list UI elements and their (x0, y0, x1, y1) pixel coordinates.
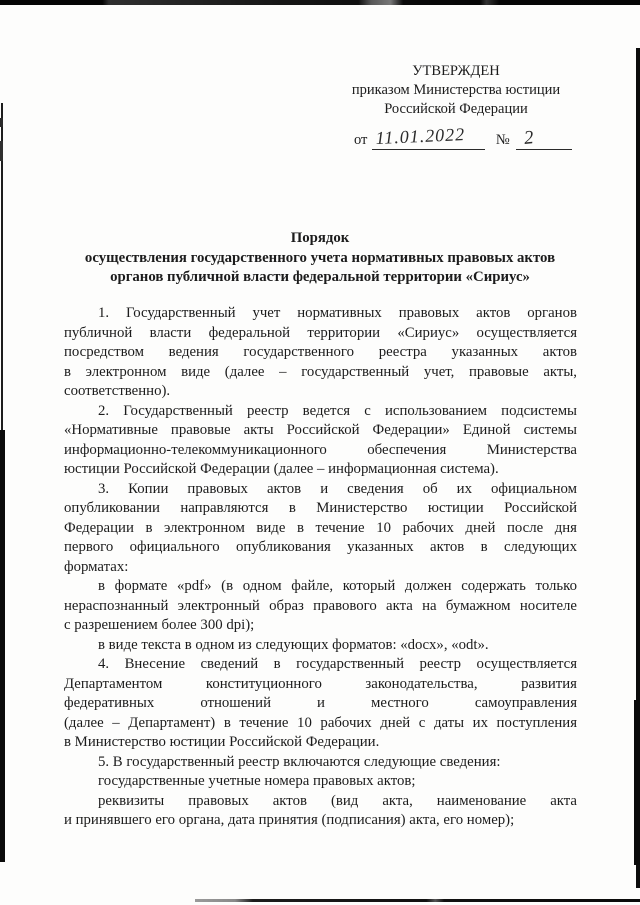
text-line: Департаментом конституционного законодат… (64, 675, 577, 695)
text-line: федеративных отношений и местного самоуп… (64, 694, 577, 714)
text-line: 2. Государственный реестр ведется с испо… (64, 402, 577, 422)
text-line: нераспознанный электронный образ правово… (64, 597, 577, 617)
scan-edge-top (0, 0, 640, 5)
text-line: реквизиты правовых актов (вид акта, наим… (64, 792, 577, 812)
title-line-1: Порядок (50, 229, 590, 249)
text-line: Федерации в электронном виде в течение 1… (64, 519, 577, 539)
text-line: форматах: (64, 558, 577, 578)
approval-line-approved: УТВЕРЖДЕН (340, 62, 572, 81)
number-underline: 2 (516, 124, 572, 150)
handwritten-date: 11.01.2022 (376, 125, 466, 148)
scan-artifact-tick (0, 118, 3, 127)
text-line: в формате «pdf» (в одном файле, который … (64, 577, 577, 597)
scan-artifact-tick (0, 141, 3, 161)
text-line: и принявшего его органа, дата принятия (… (64, 811, 577, 831)
text-line: посредством ведения государственного рее… (64, 343, 577, 363)
text-line: 4. Внесение сведений в государственный р… (64, 655, 577, 675)
title-line-2: осуществления государственного учета нор… (50, 249, 590, 269)
approval-line-federation: Российской Федерации (340, 100, 572, 119)
text-line: 3. Копии правовых актов и сведения об их… (64, 480, 577, 500)
text-line: первого официального опубликования указа… (64, 538, 577, 558)
text-line: (далее – Департамент) в течение 10 рабоч… (64, 714, 577, 734)
text-line: юстиции Российской Федерации (далее – ин… (64, 460, 577, 480)
title-line-3: органов публичной власти федеральной тер… (50, 268, 590, 288)
approval-date-row: от 11.01.2022 № 2 (340, 123, 572, 150)
scan-edge-right-lower (634, 700, 640, 865)
number-sign: № (496, 131, 510, 150)
approval-line-order: приказом Министерства юстиции (340, 81, 572, 100)
scanned-document-page: УТВЕРЖДЕН приказом Министерства юстиции … (0, 0, 640, 905)
text-line: «Нормативные правовые акты Российской Фе… (64, 421, 577, 441)
text-line: 5. В государственный реестр включаются с… (64, 753, 577, 773)
date-underline: 11.01.2022 (372, 124, 485, 150)
scan-edge-bottom (195, 899, 640, 902)
handwritten-number: 2 (523, 128, 535, 148)
text-line: государственные учетные номера правовых … (64, 772, 577, 792)
text-line: соответственно). (64, 382, 577, 402)
scan-edge-left-lower (0, 430, 5, 862)
text-line: информационно-телекоммуникационного обес… (64, 441, 577, 461)
text-line: в электронном виде (далее – государствен… (64, 363, 577, 383)
text-line: 1. Государственный учет нормативных прав… (64, 304, 577, 324)
approval-block: УТВЕРЖДЕН приказом Министерства юстиции … (340, 62, 572, 150)
document-body: 1. Государственный учет нормативных прав… (64, 304, 577, 831)
text-line: с разрешением более 300 dpi); (64, 616, 577, 636)
text-line: публичной власти федеральной территории … (64, 324, 577, 344)
text-line: в виде текста в одном из следующих форма… (64, 636, 577, 656)
date-prefix-label: от (354, 131, 367, 150)
text-line: в Министерство юстиции Российской Федера… (64, 733, 577, 753)
document-title: Порядок осуществления государственного у… (50, 229, 590, 288)
text-line: опубликовании направляются в Министерств… (64, 499, 577, 519)
